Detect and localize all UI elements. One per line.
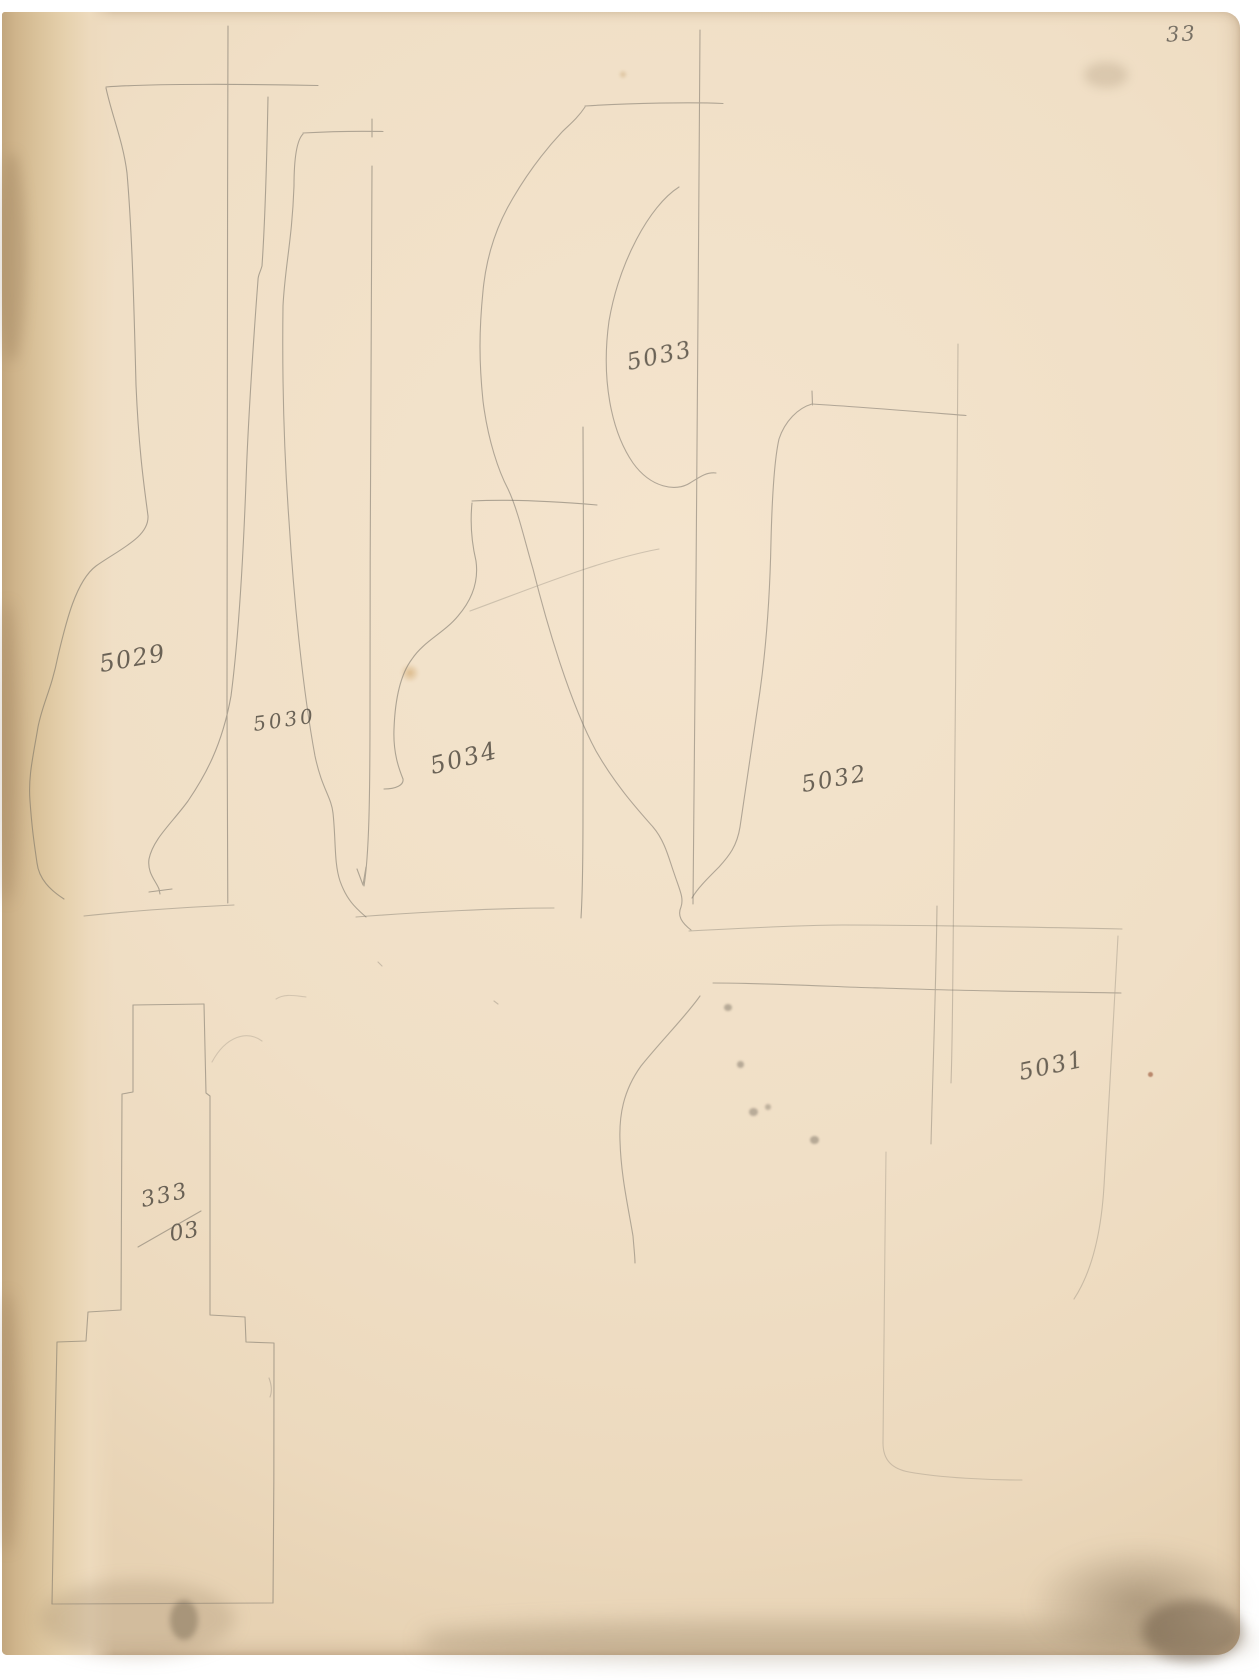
smudge-bottom-left	[40, 1580, 235, 1658]
graphite-speck-4	[765, 1104, 771, 1110]
stain-yellow-spot	[400, 664, 420, 682]
graphite-speck-5	[810, 1136, 819, 1144]
graphite-speck-1	[724, 1004, 732, 1011]
graphite-speck-3	[749, 1108, 758, 1116]
smudge-top-right	[1084, 62, 1128, 88]
page-number: 33	[1165, 21, 1197, 47]
rust-speck	[1148, 1072, 1153, 1077]
smudge-bottom-right-dark	[1142, 1600, 1242, 1662]
paper-sheet	[2, 12, 1240, 1655]
fraction-label-denominator: 03	[168, 1217, 202, 1247]
scanned-album-page: 5029 5030 5034 5033 5032 5031 333 03 33	[0, 0, 1259, 1680]
graphite-speck-2	[737, 1061, 744, 1068]
smudge-fingerprint	[170, 1600, 198, 1640]
stain-small-spot	[618, 70, 628, 79]
